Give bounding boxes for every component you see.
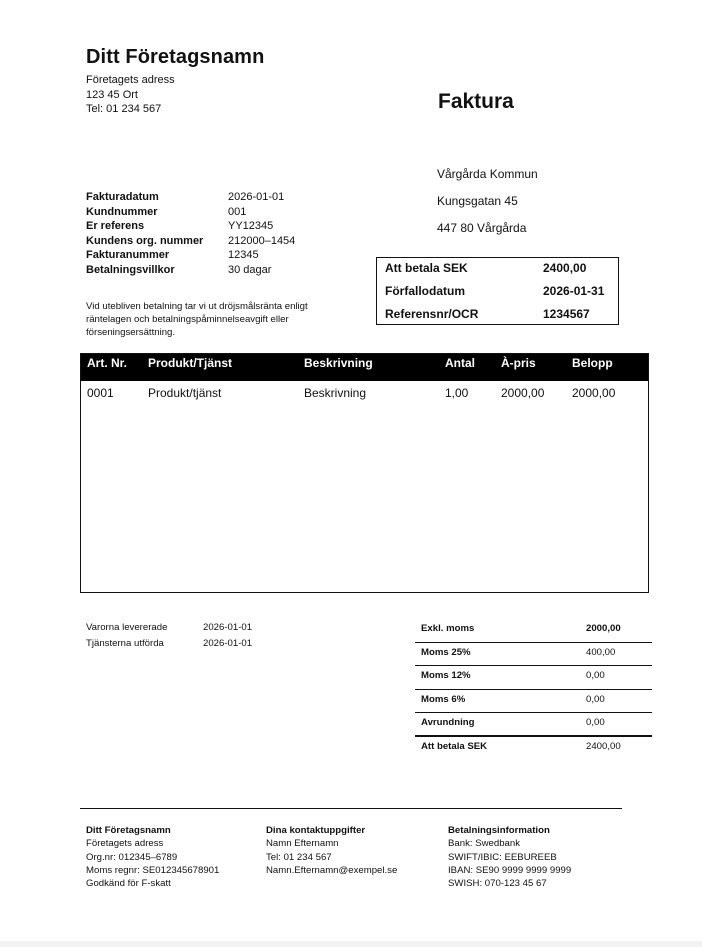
totals-table: Exkl. moms2000,00 Moms 25%400,00 Moms 12… (415, 619, 652, 760)
company-address: Företagets adress (86, 73, 175, 88)
invoice-meta: Fakturadatum2026-01-01 Kundnummer001 Er … (86, 190, 295, 277)
col-header-product: Produkt/Tjänst (148, 354, 304, 381)
col-header-amount: Belopp (572, 354, 642, 381)
company-name: Ditt Företagsnamn (86, 46, 264, 69)
meta-row-invoice-date: Fakturadatum2026-01-01 (86, 190, 295, 205)
recipient-postal: 447 80 Vårgårda (437, 215, 538, 242)
recipient-street: Kungsgatan 45 (437, 188, 538, 215)
company-address-block: Företagets adress 123 45 Ort Tel: 01 234… (86, 73, 175, 117)
total-row-excl-vat: Exkl. moms2000,00 (415, 619, 652, 643)
recipient-address: Vårgårda Kommun Kungsgatan 45 447 80 Vår… (437, 161, 538, 242)
delivery-info: Varorna levererade2026-01-01 Tjänsterna … (86, 620, 252, 651)
footer-divider (80, 808, 622, 809)
ocr-row: Referensnr/OCR1234567 (385, 305, 618, 328)
meta-row-invoice-number: Fakturanummer12345 (86, 248, 295, 263)
table-row: 0001 Produkt/tjänst Beskrivning 1,00 200… (81, 381, 648, 401)
meta-row-org-number: Kundens org. nummer212000–1454 (86, 234, 295, 249)
payment-summary-box: Att betala SEK2400,00 Förfallodatum2026-… (376, 257, 619, 325)
contact-email: Namn.Efternamn@exempel.se (266, 864, 397, 877)
total-row-amount-due: Att betala SEK2400,00 (415, 737, 652, 761)
footer-contact: Dina kontaktuppgifter Namn Efternamn Tel… (266, 824, 397, 877)
meta-row-customer-number: Kundnummer001 (86, 205, 295, 220)
total-row-vat-25: Moms 25%400,00 (415, 643, 652, 667)
amount-due-row: Att betala SEK2400,00 (385, 259, 618, 282)
footer-payment-info: Betalningsinformation Bank: Swedbank SWI… (448, 824, 571, 890)
company-phone: Tel: 01 234 567 (86, 102, 175, 117)
recipient-name: Vårgårda Kommun (437, 161, 538, 188)
col-header-quantity: Antal (445, 354, 501, 381)
page-bottom-edge (0, 941, 702, 947)
items-table-header: Art. Nr. Produkt/Tjänst Beskrivning Anta… (81, 354, 648, 381)
services-performed-row: Tjänsterna utförda2026-01-01 (86, 636, 252, 652)
total-row-rounding: Avrundning0,00 (415, 713, 652, 737)
due-date-row: Förfallodatum2026-01-31 (385, 282, 618, 305)
document-title: Faktura (438, 90, 514, 114)
meta-row-reference: Er referensYY12345 (86, 219, 295, 234)
col-header-art-nr: Art. Nr. (81, 354, 148, 381)
meta-row-payment-terms: Betalningsvillkor30 dagar (86, 263, 295, 278)
goods-delivered-row: Varorna levererade2026-01-01 (86, 620, 252, 636)
items-table: Art. Nr. Produkt/Tjänst Beskrivning Anta… (80, 353, 649, 593)
total-row-vat-12: Moms 12%0,00 (415, 666, 652, 690)
col-header-unit-price: À-pris (501, 354, 572, 381)
late-payment-notice: Vid utebliven betalning tar vi ut dröjsm… (86, 300, 346, 339)
company-postal: 123 45 Ort (86, 88, 175, 103)
total-row-vat-6: Moms 6%0,00 (415, 690, 652, 714)
footer-company: Ditt Företagsnamn Företagets adress Org.… (86, 824, 219, 890)
col-header-description: Beskrivning (304, 354, 445, 381)
